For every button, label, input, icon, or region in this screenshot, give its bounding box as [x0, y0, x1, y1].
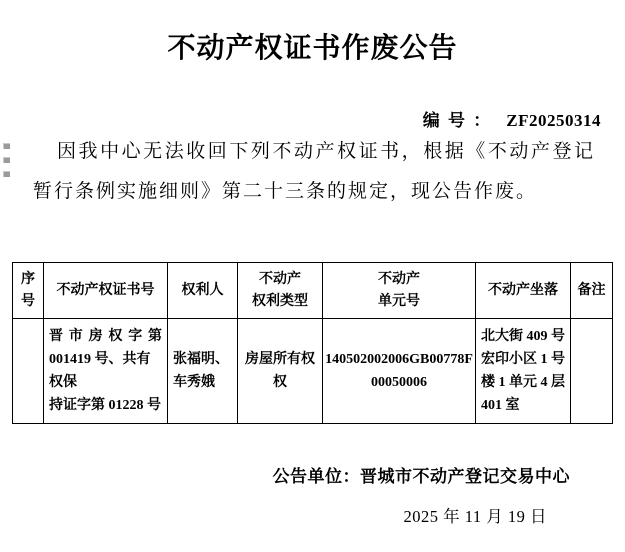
cell-holder: 张福明、 车秀娥 [168, 319, 238, 424]
cert-no-line: 001419 号、共有权保 [44, 348, 167, 394]
cell-right-type: 房屋所有权 权 [238, 319, 323, 424]
issuer-name: 晋城市不动产登记交易中心 [360, 467, 570, 486]
location-line: 北大街 409 号 [476, 325, 570, 348]
header-holder: 权利人 [168, 263, 238, 319]
date-line: 2025 年 11 月 19 日 [403, 503, 547, 527]
announcement-body: 因我中心无法收回下列不动产权证书，根据《不动产登记暂行条例实施细则》第二十三条的… [33, 132, 595, 212]
right-type-line: 权 [238, 371, 322, 394]
margin-marks [3, 143, 10, 177]
header-right-type: 不动产 权利类型 [238, 263, 323, 319]
issuer-line: 公告单位：晋城市不动产登记交易中心 [273, 462, 571, 487]
location-line: 楼 1 单元 4 层 [476, 371, 570, 394]
location-line: 401 室 [476, 394, 570, 417]
cell-unit-no: 140502002006GB00778F 00050006 [323, 319, 476, 424]
margin-mark-icon [3, 143, 10, 149]
cell-location: 北大街 409 号 宏印小区 1 号 楼 1 单元 4 层 401 室 [476, 319, 571, 424]
unit-no-line: 00050006 [323, 371, 475, 394]
doc-number: 编 号 ：ZF20250314 [423, 106, 601, 131]
margin-mark-icon [3, 157, 10, 163]
table-header-row: 序 号 不动产权证书号 权利人 不动产 权利类型 不动产 单元号 不动产坐落 备… [13, 263, 613, 319]
cell-seq [13, 319, 44, 424]
margin-mark-icon [3, 171, 10, 177]
cert-no-line: 持证字第 01228 号 [44, 394, 167, 417]
certificates-table: 序 号 不动产权证书号 权利人 不动产 权利类型 不动产 单元号 不动产坐落 备… [12, 262, 613, 424]
right-type-line: 房屋所有权 [238, 348, 322, 371]
holder-line: 车秀娥 [168, 371, 237, 394]
cert-no-line: 晋市房权字第 [44, 325, 167, 348]
holder-line: 张福明、 [168, 348, 237, 371]
header-cert-no: 不动产权证书号 [44, 263, 168, 319]
issuer-label: 公告单位： [273, 467, 361, 486]
cell-cert-no: 晋市房权字第 001419 号、共有权保 持证字第 01228 号 [44, 319, 168, 424]
location-line: 宏印小区 1 号 [476, 348, 570, 371]
table-row: 晋市房权字第 001419 号、共有权保 持证字第 01228 号 张福明、 车… [13, 319, 613, 424]
header-seq: 序 号 [13, 263, 44, 319]
announcement-document: 不动产权证书作废公告 编 号 ：ZF20250314 因我中心无法收回下列不动产… [0, 0, 625, 552]
header-remark: 备注 [571, 263, 613, 319]
doc-number-label: 编 号 ： [423, 111, 493, 130]
header-unit-no: 不动产 单元号 [323, 263, 476, 319]
page-title: 不动产权证书作废公告 [0, 26, 625, 66]
unit-no-line: 140502002006GB00778F [323, 348, 475, 371]
header-location: 不动产坐落 [476, 263, 571, 319]
doc-number-value: ZF20250314 [506, 111, 601, 130]
cell-remark [571, 319, 613, 424]
